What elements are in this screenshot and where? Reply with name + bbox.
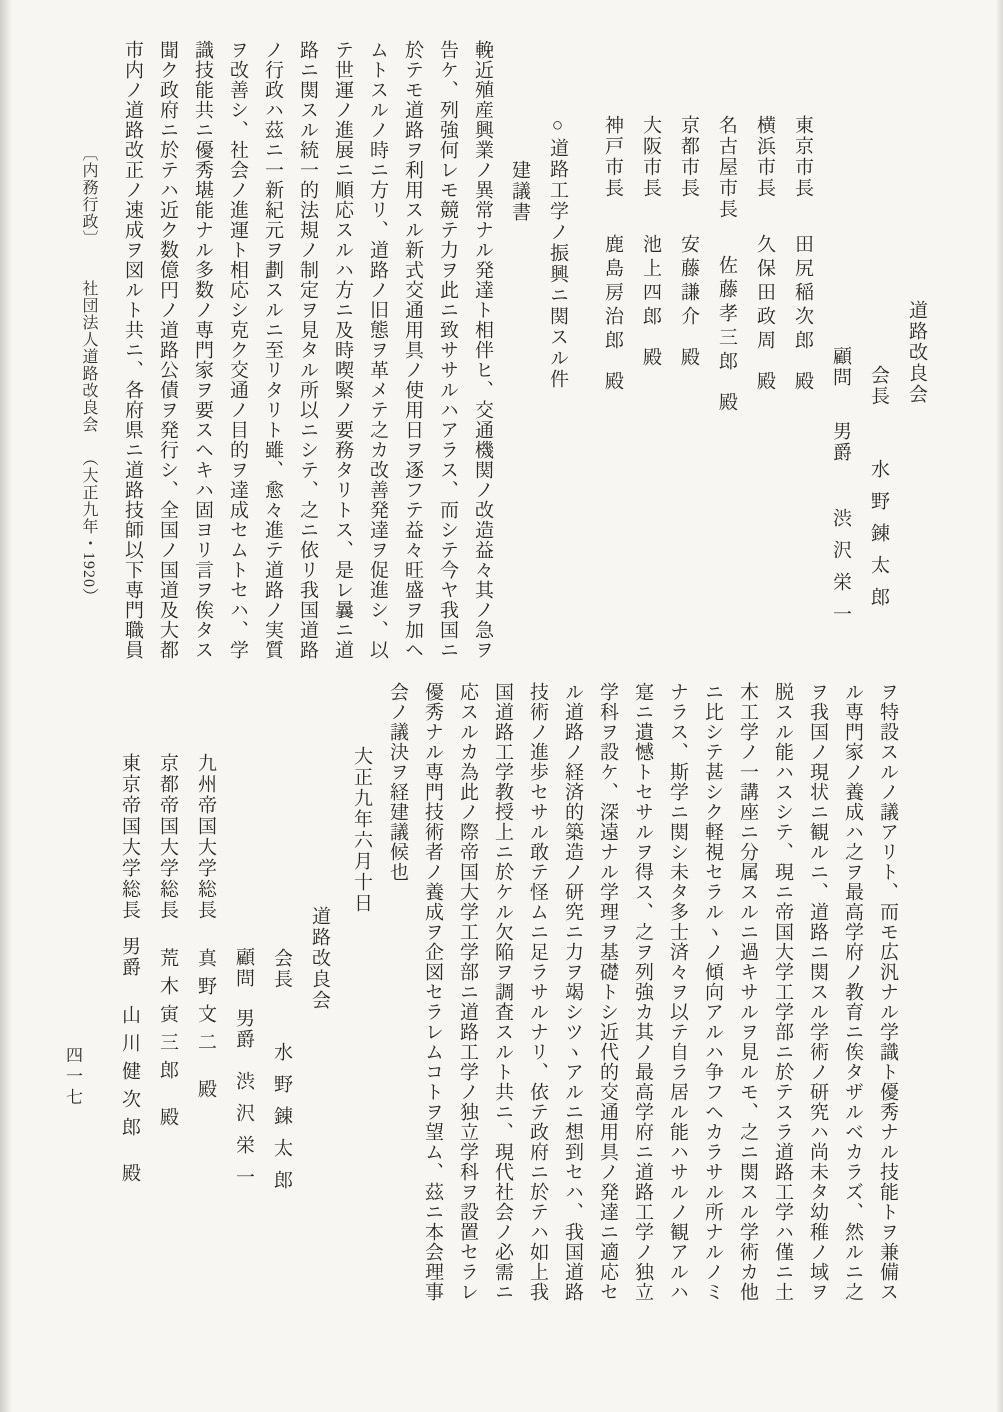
honorific-label: 殿 — [783, 371, 821, 392]
body-text-line: 会ノ議決ヲ経建議候也 — [380, 676, 415, 1301]
officer-role: 顧問 — [821, 346, 859, 388]
honorific-label: 殿 — [631, 347, 669, 368]
category-label: 〔内務行政〕 — [73, 145, 103, 247]
addressee-name: 池上四郎 — [631, 234, 669, 330]
addressee-column: 横浜市長 久保田政周 殿 — [745, 38, 783, 650]
addressee-name: 久保田政周 — [745, 234, 783, 354]
addressee-title: 京都帝国大学総長 — [148, 753, 186, 921]
addressee-column: 大阪市長 池上四郎 殿 — [631, 38, 669, 650]
addressee-column: 京都帝国大学総長 荒木寅三郎 殿 — [148, 676, 186, 1301]
body-text-line: 学科ヲ設ケ、深遠ナル学理ヲ基礎トシ近代的交通用具ノ発達ニ適応セ — [590, 676, 625, 1301]
officer-column-president: 会長 水野錬太郎 — [262, 676, 300, 1301]
body-text-line: ヲ改善シ、社会ノ進運ト相応シ克ク交通ノ目的ヲ達成セムトセハ、学 — [220, 38, 255, 650]
officer-name: 渋沢栄一 — [224, 1071, 262, 1199]
year-label: （大正九年・1920） — [73, 450, 103, 605]
addressee-title: 九州帝国大学総長 — [186, 753, 224, 921]
addressee-column: 神戸市長 鹿島房治郎 殿 — [593, 38, 631, 650]
addressee-name: 真野文二 — [186, 948, 224, 1060]
body-text-line: ヲ我国ノ現状ニ観ルニ、道路ニ関スル学術ノ研究ハ尚未タ幼稚ノ域ヲ — [800, 676, 835, 1301]
page-number: 四一七 — [60, 1046, 85, 1109]
addressee-column: 京都市長 安藤謙介 殿 — [669, 38, 707, 650]
body-text-line: 告ケ、列強何レモ競テ力ヲ此ニ致ササルハアラス、而シテ今ヤ我国ニ — [430, 38, 465, 650]
body-text-line: ムトスルノ時ニ方リ、道路ノ旧態ヲ革メテ之カ改善発達ヲ促進シ、以 — [360, 38, 395, 650]
body-text-line: 聞ク政府ニ於テハ近ク数億円ノ道路公債ヲ発行シ、全国ノ国道及大都 — [150, 38, 185, 650]
date-line: 大正九年六月十日 — [342, 676, 380, 1301]
officer-column-president: 会長 水野錬太郎 — [859, 38, 897, 650]
addressee-name: 佐藤孝三郎 — [707, 255, 745, 375]
body-text-line: テ世運ノ進展ニ順応スルハ方ニ及時喫緊ノ要務タリトス、是レ曩ニ道 — [325, 38, 360, 650]
body-text-line: ノ行政ハ茲ニ一新紀元ヲ劃スルニ至リタリト雖、愈々進テ道路ノ実質 — [255, 38, 290, 650]
honorific-label: 殿 — [148, 1107, 186, 1128]
officer-column-advisor: 顧問 男爵 渋沢栄一 — [821, 38, 859, 650]
body-text-line: 木工学ノ一講座ニ分属スルニ過キサルヲ見ルモ、之ニ関スル学術カ他 — [730, 676, 765, 1301]
honorific-label: 殿 — [110, 1163, 148, 1184]
addressee-rank: 男爵 — [110, 936, 148, 978]
top-section: 道路改良会 会長 水野錬太郎 顧問 男爵 渋沢栄一 東京市長 田尻稲次郎 殿 横… — [73, 38, 935, 650]
addressee-name: 鹿島房治郎 — [593, 234, 631, 354]
addressee-column: 名古屋市長 佐藤孝三郎 殿 — [707, 38, 745, 650]
officer-name: 渋沢栄一 — [821, 508, 859, 636]
bottom-section: ヲ特設スルノ議アリト、而モ広汎ナル学識ト優秀ナル技能トヲ兼備スル専門家ノ養成ハ之… — [110, 676, 905, 1301]
scanned-document-page: 道路改良会 会長 水野錬太郎 顧問 男爵 渋沢栄一 東京市長 田尻稲次郎 殿 横… — [0, 0, 1003, 1412]
addressee-title: 東京帝国大学総長 — [110, 753, 148, 921]
scan-edge-shadow-right — [996, 0, 1003, 1412]
honorific-label: 殿 — [707, 392, 745, 413]
addressee-name: 山川健次郎 — [110, 1005, 148, 1145]
addressee-title: 大阪市長 — [631, 115, 669, 199]
addressee-title: 横浜市長 — [745, 115, 783, 199]
body-text-line: 於テモ道路ヲ利用スル新式交通用具ノ使用日ヲ逐フテ益々旺盛ヲ加ヘ — [395, 38, 430, 650]
body-text-line: ヲ特設スルノ議アリト、而モ広汎ナル学識ト優秀ナル技能トヲ兼備ス — [870, 676, 905, 1301]
body-text-line: 技術ノ進歩セサル敢テ怪ムニ足ラサルナリ、依テ政府ニ於テハ如上我 — [520, 676, 555, 1301]
addressee-title: 京都市長 — [669, 115, 707, 199]
addressee-title: 東京市長 — [783, 115, 821, 199]
body-text-line: 路ニ関スル統一的法規ノ制定ヲ見タル所以ニシテ、之ニ依リ我国道路 — [290, 38, 325, 650]
organization-name: 道路改良会 — [897, 38, 935, 650]
subject-title: ○道路工学ノ振興ニ関スル件 — [538, 38, 576, 650]
honorific-label: 殿 — [745, 371, 783, 392]
body-text-line: 優秀ナル専門技術者ノ養成ヲ企図セラレムコトヲ望ム、茲ニ本会理事 — [415, 676, 450, 1301]
honorific-label: 殿 — [669, 347, 707, 368]
addressee-name: 安藤謙介 — [669, 234, 707, 330]
addressee-column: 東京市長 田尻稲次郎 殿 — [783, 38, 821, 650]
body-text-line: ニ比シテ甚シク軽視セラルヽノ傾向アルハ争フヘカラサル所ナルノミ — [695, 676, 730, 1301]
addressee-column: 東京帝国大学総長 男爵 山川健次郎 殿 — [110, 676, 148, 1301]
addressee-title: 神戸市長 — [593, 115, 631, 199]
addressee-column: 九州帝国大学総長 真野文二 殿 — [186, 676, 224, 1301]
body-text-line: 国道路工学教授上ニ於ケル欠陥ヲ調査スルト共ニ、現代社会ノ必需ニ — [485, 676, 520, 1301]
scan-edge-shadow-left — [0, 0, 12, 1412]
officer-rank: 男爵 — [821, 421, 859, 463]
source-label-column: 〔内務行政〕 社団法人道路改良会 （大正九年・1920） — [73, 38, 103, 650]
source-label: 社団法人道路改良会 — [73, 280, 103, 433]
addressee-title: 名古屋市長 — [707, 115, 745, 220]
officer-name: 水野錬太郎 — [859, 459, 897, 619]
officer-name: 水野錬太郎 — [262, 1042, 300, 1202]
officer-column-advisor: 顧問 男爵 渋沢栄一 — [224, 676, 262, 1301]
body-text-line: 応スルカ為此ノ際帝国大学工学部ニ道路工学ノ独立学科ヲ設置セラレ — [450, 676, 485, 1301]
honorific-label: 殿 — [186, 1079, 224, 1100]
body-text-line: 識技能共ニ優秀堪能ナル多数ノ専門家ヲ要スヘキハ固ヨリ言ヲ俟タス — [185, 38, 220, 650]
body-text-line: ル専門家ノ養成ハ之ヲ最高学府ノ教育ニ俟タザルベカラズ、然ルニ之 — [835, 676, 870, 1301]
body-text-line: 寔ニ遺憾トセサルヲ得ス、之ヲ列強カ其ノ最高学府ニ道路工学ノ独立 — [625, 676, 660, 1301]
officer-rank: 男爵 — [224, 1008, 262, 1050]
honorific-label: 殿 — [593, 371, 631, 392]
addressee-name: 荒木寅三郎 — [148, 948, 186, 1088]
body-text-line: 市内ノ道路改正ノ速成ヲ図ルト共ニ、各府県ニ道路技師以下専門職員 — [115, 38, 150, 650]
body-text-line: 脱スル能ハスシテ、現ニ帝国大学工学部ニ於テスラ道路工学ハ僅ニ土 — [765, 676, 800, 1301]
officer-role: 会長 — [859, 365, 897, 407]
officer-role: 会長 — [262, 948, 300, 990]
addressee-name: 田尻稲次郎 — [783, 234, 821, 354]
officer-role: 顧問 — [224, 947, 262, 989]
organization-name: 道路改良会 — [300, 676, 338, 1301]
body-text-line: ナラス、斯学ニ関シ未タ多士済々ヲ以テ自ラ居ル能ハサルノ観アルハ — [660, 676, 695, 1301]
body-text-line: 輓近殖産興業ノ異常ナル発達ト相伴ヒ、交通機関ノ改造益々其ノ急ヲ — [465, 38, 500, 650]
body-text-line: ル道路ノ経済的築造ノ研究ニ力ヲ竭シツヽアルニ想到セハ、我国道路 — [555, 676, 590, 1301]
document-type-label: 建議書 — [500, 38, 538, 650]
